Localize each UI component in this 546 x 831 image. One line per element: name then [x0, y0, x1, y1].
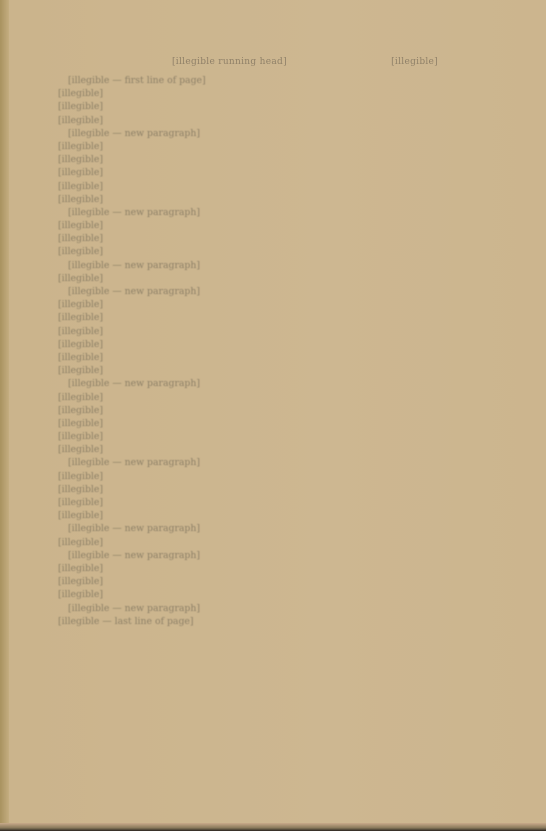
text-line: [illegible]	[58, 140, 438, 153]
text-line: [illegible]	[58, 417, 438, 430]
text-line: [illegible]	[58, 245, 438, 258]
text-line: [illegible — last line of page]	[58, 615, 438, 628]
page-body: [illegible — first line of page][illegib…	[58, 74, 438, 628]
text-line: [illegible]	[58, 404, 438, 417]
running-title: [illegible running head]	[172, 57, 287, 67]
text-line: [illegible]	[58, 443, 438, 456]
text-line: [illegible]	[58, 298, 438, 311]
text-line: [illegible — new paragraph]	[58, 259, 438, 272]
text-line: [illegible — new paragraph]	[58, 456, 438, 469]
text-line: [illegible]	[58, 536, 438, 549]
text-line: [illegible — new paragraph]	[58, 602, 438, 615]
text-line: [illegible — new paragraph]	[58, 549, 438, 562]
text-line: [illegible]	[58, 272, 438, 285]
page-spine-shadow	[0, 0, 9, 831]
text-line: [illegible — new paragraph]	[58, 522, 438, 535]
page-header: [illegible running head] [illegible]	[60, 57, 438, 71]
text-line: [illegible]	[58, 575, 438, 588]
text-line: [illegible]	[58, 351, 438, 364]
text-line: [illegible]	[58, 496, 438, 509]
text-line: [illegible]	[58, 483, 438, 496]
text-line: [illegible]	[58, 470, 438, 483]
text-line: [illegible]	[58, 232, 438, 245]
text-line: [illegible]	[58, 562, 438, 575]
text-line: [illegible]	[58, 153, 438, 166]
text-line: [illegible — new paragraph]	[58, 206, 438, 219]
text-line: [illegible]	[58, 100, 438, 113]
text-line: [illegible]	[58, 430, 438, 443]
text-line: [illegible]	[58, 391, 438, 404]
text-line: [illegible]	[58, 509, 438, 522]
text-line: [illegible]	[58, 325, 438, 338]
text-line: [illegible]	[58, 193, 438, 206]
text-line: [illegible]	[58, 311, 438, 324]
text-line: [illegible]	[58, 166, 438, 179]
text-line: [illegible]	[58, 180, 438, 193]
text-line: [illegible]	[58, 87, 438, 100]
page-number: [illegible]	[391, 57, 438, 67]
text-line: [illegible]	[58, 114, 438, 127]
text-line: [illegible]	[58, 364, 438, 377]
text-line: [illegible — new paragraph]	[58, 377, 438, 390]
text-line: [illegible]	[58, 219, 438, 232]
book-page: [illegible running head] [illegible] [il…	[0, 0, 546, 831]
text-line: [illegible]	[58, 338, 438, 351]
page-bottom-edge	[0, 823, 546, 831]
text-line: [illegible — new paragraph]	[58, 285, 438, 298]
text-line: [illegible — first line of page]	[58, 74, 438, 87]
text-line: [illegible — new paragraph]	[58, 127, 438, 140]
text-line: [illegible]	[58, 588, 438, 601]
